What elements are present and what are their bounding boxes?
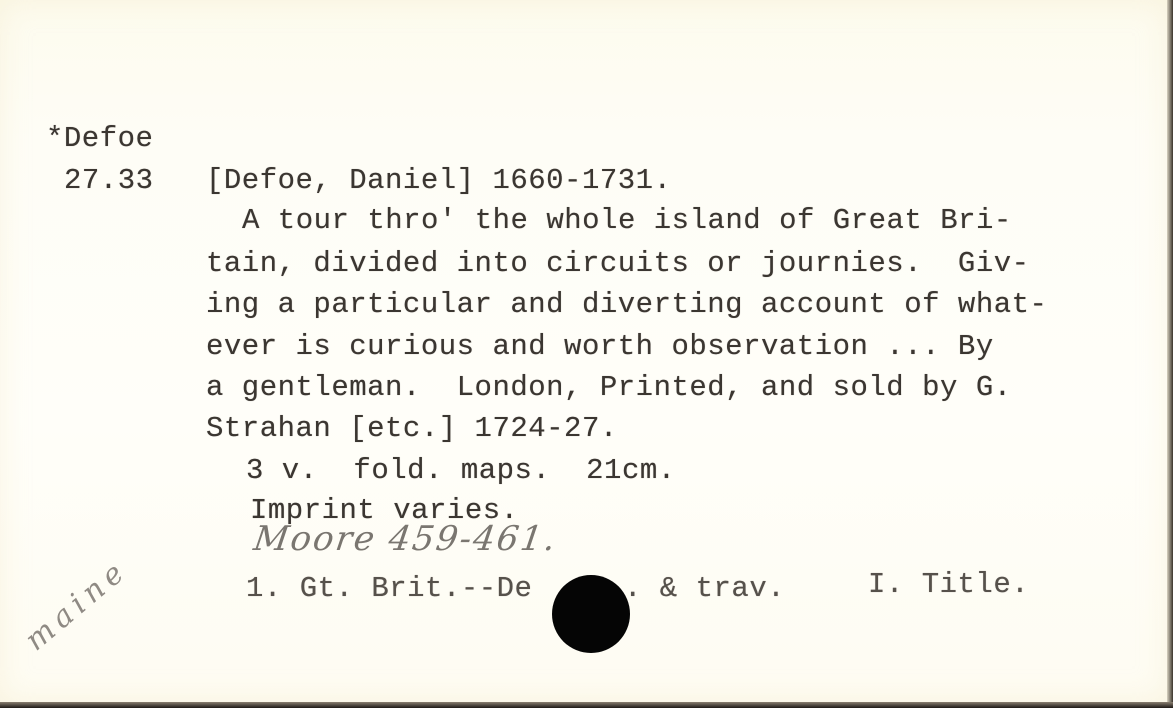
title-tracing: I. Title. — [868, 570, 1029, 599]
card-edge-shadow-bottom — [0, 702, 1173, 708]
subject-tracing: 1. Gt. Brit.--De — [246, 574, 532, 603]
collation: 3 v. fold. maps. 21cm. — [246, 456, 676, 485]
title-line: tain, divided into circuits or journies.… — [206, 249, 1030, 278]
title-line: Strahan [etc.] 1724-27. — [206, 414, 618, 443]
title-line: A tour thro' the whole island of Great B… — [242, 206, 1012, 235]
card-edge-shadow-right — [1167, 0, 1173, 708]
title-line: a gentleman. London, Printed, and sold b… — [206, 373, 1012, 402]
catalog-card: *Defoe 27.33 [Defoe, Daniel] 1660-1731. … — [0, 0, 1168, 702]
subject-tracing-end: . & trav. — [624, 574, 785, 603]
punch-hole — [552, 575, 630, 653]
margin-annotation: maine — [20, 554, 134, 656]
handwritten-reference: Moore 459-461. — [252, 522, 560, 556]
author-heading: [Defoe, Daniel] 1660-1731. — [206, 166, 671, 195]
title-line: ing a particular and diverting account o… — [206, 290, 1047, 319]
title-line: ever is curious and worth observation ..… — [206, 332, 994, 361]
call-number-line-1: *Defoe — [46, 124, 153, 153]
call-number-line-2: 27.33 — [64, 166, 154, 195]
